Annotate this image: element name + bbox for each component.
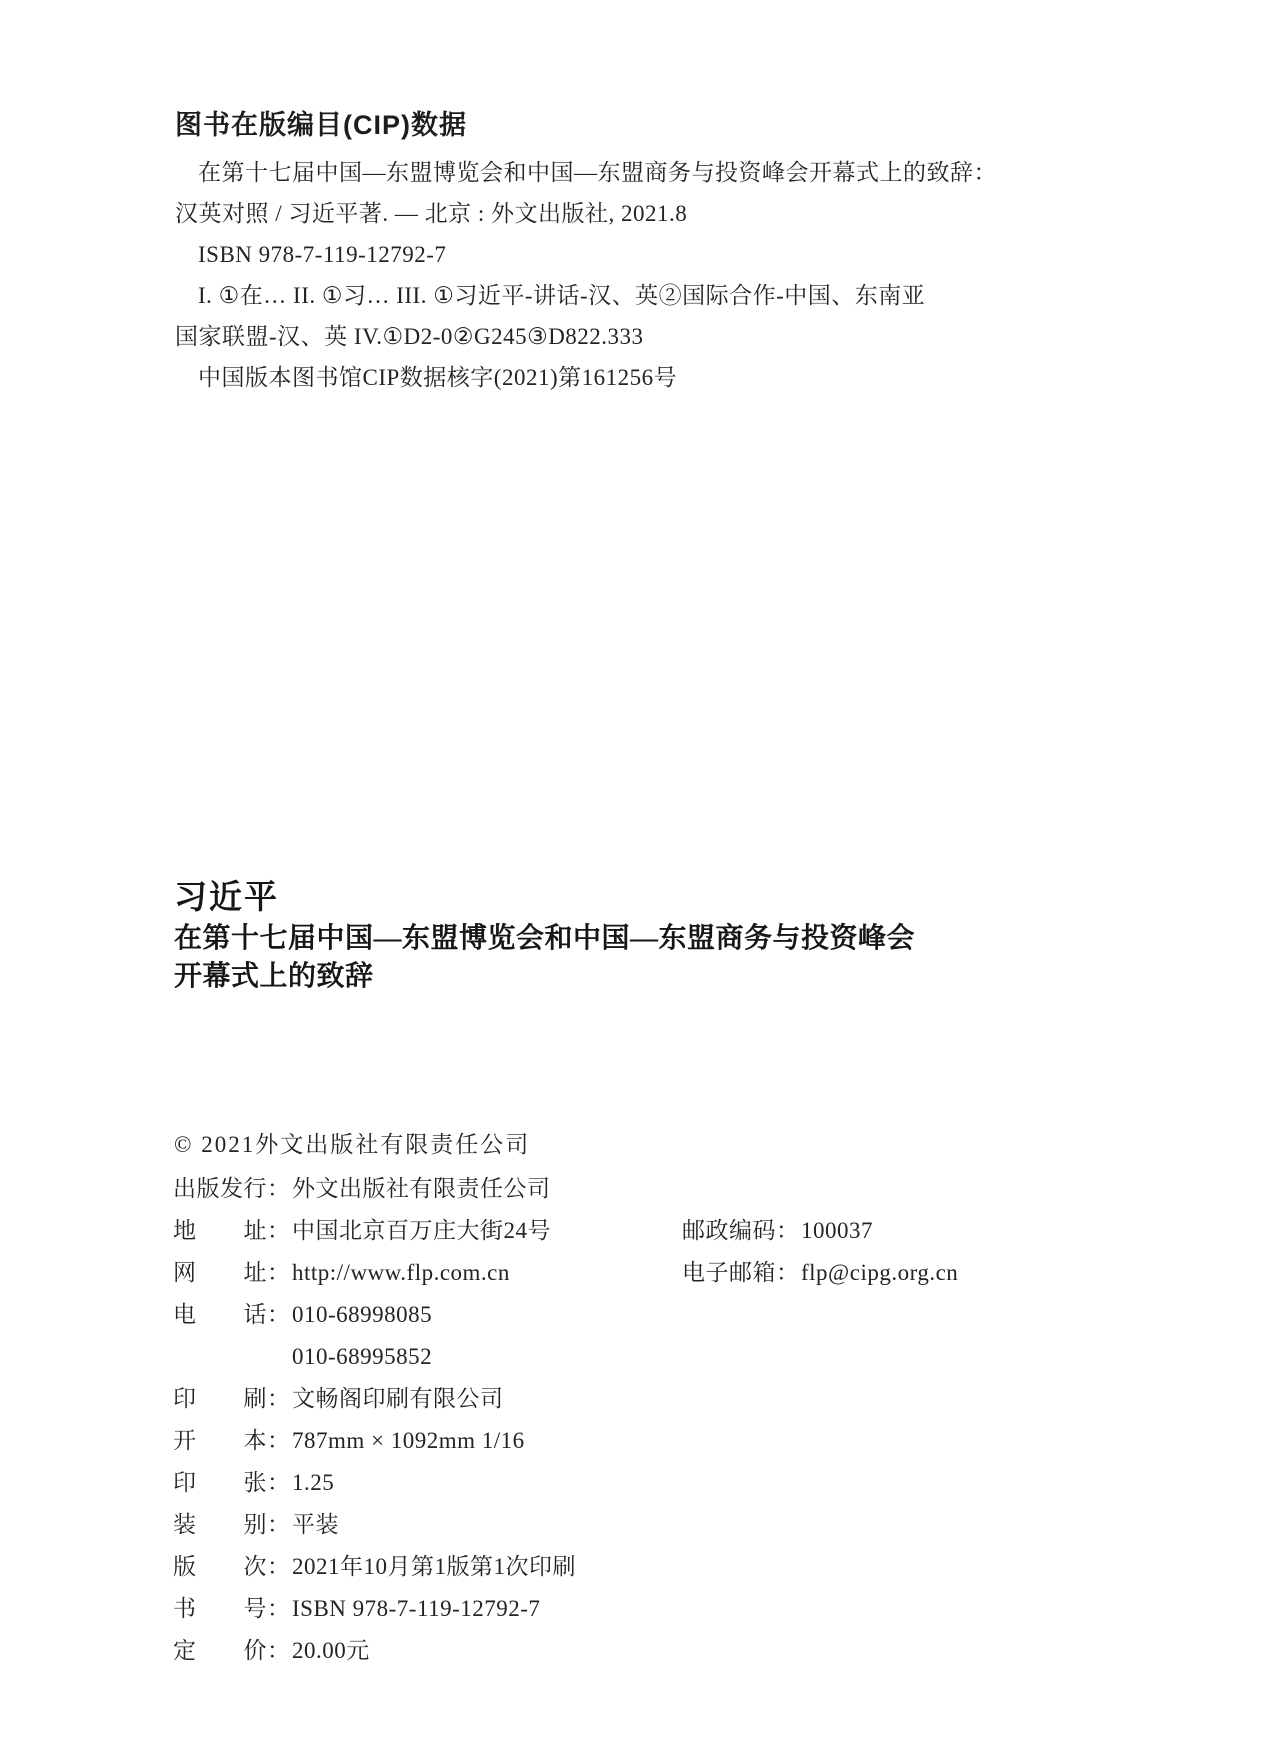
colophon-postcode-pair: 邮政编码：100037 [682,1210,873,1252]
cip-line-classification-1: I. ①在… II. ①习… III. ①习近平-讲话-汉、英②国际合作-中国、… [175,275,1075,316]
colophon-label: 印 张： [173,1462,292,1504]
copyright-line: © 2021外文出版社有限责任公司 [174,1131,530,1158]
copyright-page: 图书在版编目(CIP)数据 在第十七届中国—东盟博览会和中国—东盟商务与投资峰会… [0,0,1269,1742]
colophon-value: 100037 [801,1218,873,1243]
colophon-row-isbn: 书 号：ISBN 978-7-119-12792-7 [173,1588,1173,1630]
cip-line-imprint: 汉英对照 / 习近平著. — 北京 : 外文出版社, 2021.8 [175,193,1075,234]
colophon-label: 定 价： [173,1630,292,1672]
colophon-label: 邮政编码： [682,1210,801,1252]
colophon-row-price: 定 价：20.00元 [173,1630,1173,1672]
phone-number: 010-68995852 [292,1344,432,1369]
cip-line-title: 在第十七届中国—东盟博览会和中国—东盟商务与投资峰会开幕式上的致辞： [175,152,1075,193]
colophon-row-website: 网 址：http://www.flp.com.cn 电子邮箱：flp@cipg.… [173,1252,1173,1294]
colophon-value: 787mm × 1092mm 1/16 [292,1428,525,1453]
colophon-row-phone-1: 电 话：010-68998085 [173,1294,1173,1336]
colophon-row-printer: 印 刷：文畅阁印刷有限公司 [173,1378,1173,1420]
colophon-label: 开 本： [173,1420,292,1462]
colophon-label: 电 话： [173,1294,292,1336]
colophon-value: 2021年10月第1版第1次印刷 [292,1554,576,1579]
colophon-label: 版 次： [173,1546,292,1588]
colophon-row-publisher: 出版发行：外文出版社有限责任公司 [173,1168,1173,1210]
colophon-row-sheets: 印 张：1.25 [173,1462,1173,1504]
colophon-label: 电子邮箱： [682,1252,801,1294]
colophon-value: 平装 [292,1512,339,1537]
book-title-line-1: 在第十七届中国—东盟博览会和中国—东盟商务与投资峰会 [174,920,1124,958]
colophon-block: 出版发行：外文出版社有限责任公司 地 址：中国北京百万庄大街24号 邮政编码：1… [173,1168,1173,1672]
colophon-value: 文畅阁印刷有限公司 [292,1386,504,1411]
colophon-row-binding: 装 别：平装 [173,1504,1173,1546]
website-url: http://www.flp.com.cn [292,1260,510,1285]
cip-line-record-number: 中国版本图书馆CIP数据核字(2021)第161256号 [175,357,1075,398]
colophon-row-address: 地 址：中国北京百万庄大街24号 邮政编码：100037 [173,1210,1173,1252]
cip-line-isbn: ISBN 978-7-119-12792-7 [175,234,1075,275]
colophon-value: 中国北京百万庄大街24号 [292,1218,551,1243]
book-title-block: 习近平 在第十七届中国—东盟博览会和中国—东盟商务与投资峰会 开幕式上的致辞 [174,876,1124,996]
colophon-label: 出版发行： [173,1168,292,1210]
price-value: 20.00元 [292,1638,370,1663]
colophon-value: 外文出版社有限责任公司 [292,1176,551,1201]
cip-data-block: 图书在版编目(CIP)数据 在第十七届中国—东盟博览会和中国—东盟商务与投资峰会… [175,105,1075,398]
cip-heading: 图书在版编目(CIP)数据 [175,105,1075,146]
colophon-row-edition: 版 次：2021年10月第1版第1次印刷 [173,1546,1173,1588]
colophon-label: 地 址： [173,1210,292,1252]
phone-number: 010-68998085 [292,1302,432,1327]
isbn-number: ISBN 978-7-119-12792-7 [292,1596,540,1621]
colophon-label: 装 别： [173,1504,292,1546]
colophon-value: 1.25 [292,1470,334,1495]
colophon-label: 网 址： [173,1252,292,1294]
cip-line-classification-2: 国家联盟-汉、英 IV.①D2-0②G245③D822.333 [175,316,1075,357]
email-address: flp@cipg.org.cn [801,1260,958,1285]
colophon-row-format: 开 本：787mm × 1092mm 1/16 [173,1420,1173,1462]
colophon-row-phone-2: 010-68995852 [173,1336,1173,1378]
colophon-email-pair: 电子邮箱：flp@cipg.org.cn [682,1252,958,1294]
book-title-line-2: 开幕式上的致辞 [174,958,1124,996]
colophon-label: 书 号： [173,1588,292,1630]
colophon-label: 印 刷： [173,1378,292,1420]
book-author: 习近平 [174,876,1124,920]
